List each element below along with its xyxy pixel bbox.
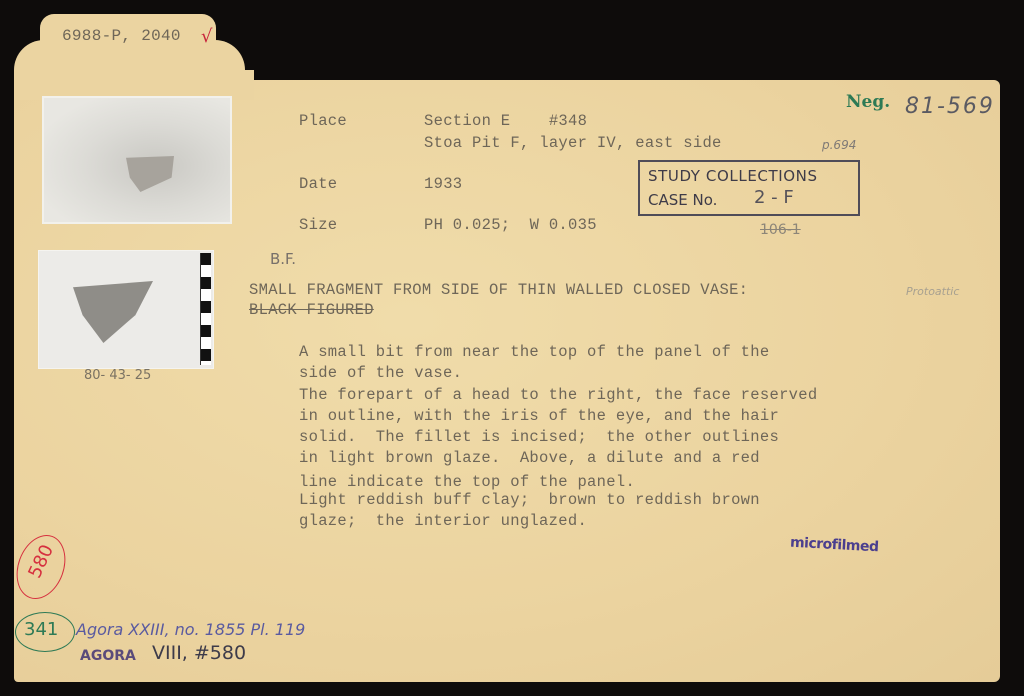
agora-xxiii-reference: Agora XXIII, no. 1855 Pl. 119 (76, 620, 305, 639)
description-line: A small bit from near the top of the pan… (299, 343, 769, 361)
description-line: in outline, with the iris of the eye, an… (299, 407, 779, 425)
size-value: PH 0.025; W 0.035 (424, 216, 597, 234)
description-line: glaze; the interior unglazed. (299, 512, 587, 530)
sherd-closeup-image (73, 281, 153, 343)
check-mark: √ (201, 26, 212, 47)
title-annotation: Protoattic (906, 285, 959, 298)
place-page-note: p.694 (822, 138, 856, 152)
circled-green-number: 341 (24, 619, 58, 640)
scale-bar (200, 253, 211, 365)
place-line-1: Section E #348 (424, 112, 587, 130)
description-line: solid. The fillet is incised; the other … (299, 428, 779, 446)
place-label: Place (299, 112, 347, 130)
agora-stamp: AGORA (80, 648, 136, 664)
neg-stamp: Neg. (846, 92, 890, 112)
description-line: in light brown glaze. Above, a dilute an… (299, 449, 760, 467)
object-photo-2 (38, 250, 214, 369)
title-line-1: SMALL FRAGMENT FROM SIDE OF THIN WALLED … (249, 281, 748, 299)
sherd-image (126, 156, 174, 192)
photo-negative-number: 80- 43- 25 (84, 368, 151, 383)
object-photo-1 (42, 96, 232, 224)
date-value: 1933 (424, 175, 462, 193)
struck-case-number: 106-1 (760, 222, 801, 238)
description-line: line indicate the top of the panel. (299, 473, 635, 491)
description-line: side of the vase. (299, 364, 462, 382)
place-line-2: Stoa Pit F, layer IV, east side (424, 134, 722, 152)
case-number-value: 2 - F (754, 187, 794, 208)
date-label: Date (299, 175, 337, 193)
agora-viii-reference: VIII, #580 (152, 642, 246, 664)
negative-number: 81-569 (905, 94, 995, 119)
size-label: Size (299, 216, 337, 234)
description-line: The forepart of a head to the right, the… (299, 386, 817, 404)
description-line: Light reddish buff clay; brown to reddis… (299, 491, 760, 509)
classification-note: B.F. (270, 250, 296, 268)
case-number-label: CASE No. (648, 191, 717, 209)
title-line-2-struck: BLACK FIGURED (249, 301, 374, 319)
study-collections-title: STUDY COLLECTIONS (648, 167, 818, 185)
accession-number: 6988-P, 2040 (62, 27, 181, 45)
